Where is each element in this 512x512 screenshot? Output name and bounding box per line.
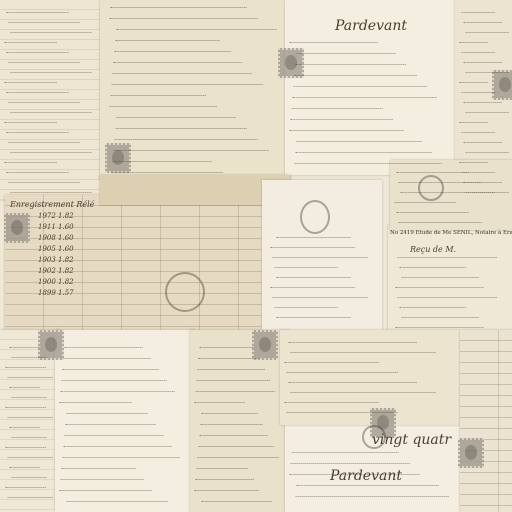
handwriting-line (272, 255, 368, 258)
handwriting-line (198, 444, 274, 447)
handwriting-line (61, 378, 167, 381)
postmark-seal (165, 272, 205, 312)
handwriting-line (63, 356, 151, 359)
handwriting-line (11, 435, 47, 438)
handwriting-line (195, 477, 254, 480)
handwriting-line (116, 27, 277, 30)
handwriting-line (64, 345, 143, 348)
handwriting-line (399, 305, 466, 308)
ledger-row: 1908 1.60 (38, 234, 74, 242)
handwriting-line (9, 385, 40, 388)
handwriting-line (113, 60, 242, 63)
handwriting-line (276, 275, 351, 278)
handwriting-line (401, 315, 479, 318)
handwriting-line (197, 455, 279, 458)
pardevant-heading-top: Pardevant (335, 18, 407, 34)
handwriting-line (8, 180, 80, 183)
handwriting-line (110, 93, 206, 96)
handwriting-line (6, 170, 69, 173)
handwriting-line (463, 20, 502, 23)
ledger-row: 1902 1.82 (38, 267, 74, 275)
handwriting-line (201, 499, 272, 502)
handwriting-line (394, 200, 456, 203)
handwriting-line (284, 360, 379, 363)
handwriting-line (10, 190, 92, 193)
handwriting-line (294, 73, 417, 76)
handwriting-line (270, 245, 355, 248)
handwriting-line (114, 49, 231, 52)
handwriting-line (288, 380, 417, 383)
ledger-row: 1900 1.82 (38, 278, 74, 286)
handwriting-line (60, 477, 144, 480)
handwriting-line (4, 120, 57, 123)
handwriting-line (201, 411, 258, 414)
handwriting-line (111, 170, 223, 173)
handwriting-line (196, 378, 270, 381)
handwriting-line (276, 315, 351, 318)
ledger-row: 1972 1.82 (38, 212, 74, 220)
handwriting-line (59, 488, 152, 491)
handwriting-line (109, 16, 258, 19)
handwriting-line (272, 295, 368, 298)
handwriting-line (8, 20, 80, 23)
handwriting-line (196, 466, 248, 469)
handwriting-line (461, 50, 495, 53)
handwriting-line (286, 370, 398, 373)
ledger-row: 1903 1.82 (38, 256, 74, 264)
handwriting-line (8, 100, 80, 103)
postage-stamp (492, 70, 512, 100)
handwriting-line (115, 126, 247, 129)
handwriting-line (5, 485, 46, 488)
handwriting-line (276, 235, 351, 238)
handwriting-line (6, 10, 69, 13)
postage-stamp (4, 213, 30, 243)
handwriting-line (463, 60, 502, 63)
handwriting-line (199, 345, 254, 348)
handwriting-line (294, 161, 442, 164)
handwriting-line (401, 275, 479, 278)
handwriting-line (284, 400, 379, 403)
handwriting-line (465, 30, 509, 33)
handwriting-line (111, 82, 263, 85)
handwriting-line (5, 365, 46, 368)
handwriting-line (110, 5, 247, 8)
handwriting-line (290, 117, 393, 120)
handwriting-line (9, 425, 40, 428)
handwriting-line (463, 140, 502, 143)
handwriting-line (10, 150, 92, 153)
handwriting-line (292, 95, 437, 98)
handwriting-line (66, 499, 168, 502)
handwriting-line (7, 455, 53, 458)
handwriting-line (5, 405, 46, 408)
handwriting-line (6, 90, 69, 93)
handwriting-line (7, 415, 53, 418)
handwriting-line (4, 160, 57, 163)
handwriting-line (116, 115, 236, 118)
handwriting-line (6, 50, 69, 53)
handwriting-line (395, 325, 484, 328)
handwriting-line (63, 444, 172, 447)
handwriting-line (296, 483, 439, 486)
handwriting-line (459, 80, 488, 83)
handwriting-line (113, 148, 269, 151)
notary-header: No 2419 Etude de Me SENIL, Notaire à Era… (390, 230, 512, 236)
handwriting-line (289, 472, 420, 475)
receipt-line: Reçu de M. (410, 245, 456, 254)
handwriting-line (290, 390, 436, 393)
handwriting-line (62, 455, 180, 458)
handwriting-line (290, 461, 410, 464)
handwriting-line (66, 411, 148, 414)
handwriting-line (396, 210, 469, 213)
handwriting-line (11, 355, 47, 358)
handwriting-line (398, 220, 482, 223)
handwriting-line (286, 410, 398, 413)
handwriting-line (59, 400, 132, 403)
handwriting-line (461, 90, 495, 93)
handwriting-line (398, 180, 482, 183)
ledger-row: 1905 1.60 (38, 245, 74, 253)
ledger-row: 1911 1.60 (38, 223, 74, 231)
handwriting-line (296, 139, 422, 142)
handwriting-line (114, 137, 258, 140)
handwriting-line (288, 340, 417, 343)
handwriting-line (4, 40, 57, 43)
embossed-seal (418, 175, 444, 201)
handwriting-line (293, 84, 427, 87)
ledger-row: 1899 1.57 (38, 289, 74, 297)
handwriting-line (4, 80, 57, 83)
ledger-title: Enregistrement Rélé (10, 200, 94, 209)
handwriting-line (400, 190, 495, 193)
handwriting-line (290, 350, 436, 353)
handwriting-line (11, 395, 47, 398)
handwriting-line (11, 475, 47, 478)
handwriting-line (295, 494, 450, 497)
handwriting-line (465, 110, 509, 113)
handwriting-line (397, 295, 497, 298)
handwriting-line (295, 62, 406, 65)
handwriting-line (6, 130, 69, 133)
handwriting-line (296, 51, 396, 54)
handwriting-line (64, 433, 164, 436)
handwriting-line (295, 150, 432, 153)
handwriting-line (200, 422, 263, 425)
pardevant-heading-bottom: Pardevant (330, 468, 402, 484)
handwriting-line (463, 100, 502, 103)
handwriting-line (8, 140, 80, 143)
handwriting-line (199, 433, 268, 436)
handwriting-line (395, 285, 484, 288)
postage-stamp (458, 438, 484, 468)
handwriting-line (197, 367, 265, 370)
handwriting-line (270, 285, 355, 288)
handwriting-line (465, 150, 509, 153)
handwriting-line (112, 159, 212, 162)
handwriting-line (399, 265, 466, 268)
handwriting-line (459, 120, 488, 123)
handwriting-line (459, 40, 488, 43)
handwriting-line (60, 389, 175, 392)
handwriting-line (5, 445, 46, 448)
handwriting-line (396, 170, 469, 173)
handwriting-line (7, 375, 53, 378)
handwriting-line (459, 160, 488, 163)
handwriting-line (9, 345, 40, 348)
handwriting-line (291, 450, 399, 453)
embossed-seal (300, 200, 330, 234)
handwriting-line (10, 70, 92, 73)
handwriting-line (8, 60, 80, 63)
handwriting-line (10, 30, 92, 33)
handwriting-line (109, 104, 217, 107)
handwriting-line (289, 128, 404, 131)
handwriting-line (195, 389, 275, 392)
handwriting-line (461, 130, 495, 133)
handwriting-line (274, 265, 338, 268)
handwriting-line (194, 488, 259, 491)
handwriting-line (9, 465, 40, 468)
ledger-page-right (460, 330, 512, 512)
handwriting-line (397, 255, 497, 258)
handwriting-line (112, 71, 252, 74)
handwriting-line (10, 110, 92, 113)
handwriting-line (61, 466, 136, 469)
handwriting-line (194, 400, 245, 403)
vingt-quatre-heading: vingt quatr (372, 432, 451, 448)
handwriting-line (465, 70, 509, 73)
handwriting-line (62, 367, 159, 370)
handwriting-line (198, 356, 259, 359)
handwriting-line (291, 106, 383, 109)
handwriting-line (461, 10, 495, 13)
handwriting-line (65, 422, 156, 425)
handwriting-line (274, 305, 338, 308)
handwriting-line (7, 495, 53, 498)
handwriting-line (115, 38, 220, 41)
handwriting-line (289, 40, 378, 43)
